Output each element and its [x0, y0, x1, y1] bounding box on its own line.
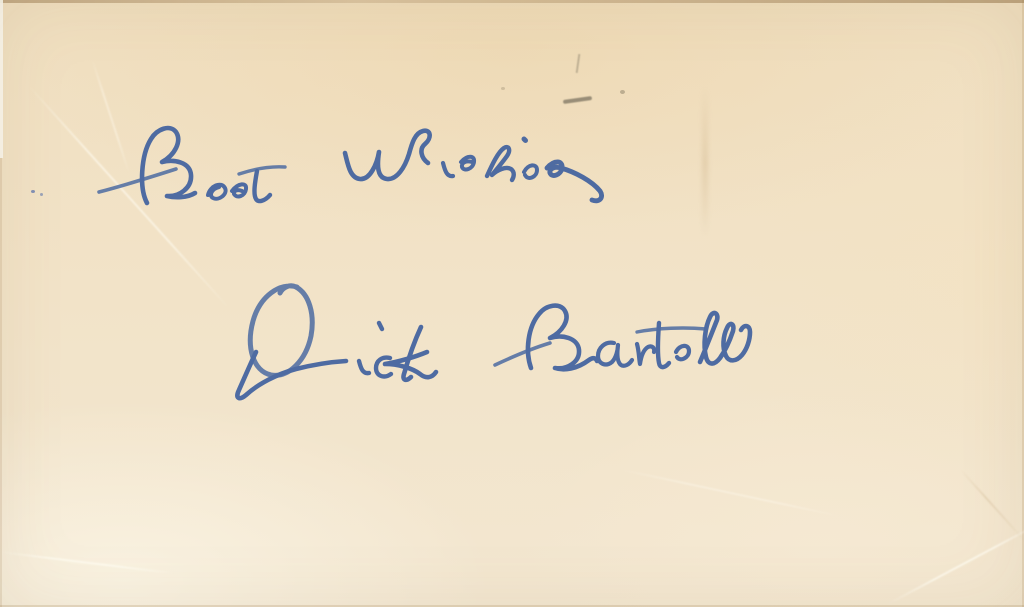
handwriting	[0, 0, 1024, 607]
signature-handwriting	[237, 286, 750, 398]
autograph-card: Best Wishes Dick Bartell	[0, 0, 1024, 607]
inscription-handwriting	[99, 128, 602, 203]
